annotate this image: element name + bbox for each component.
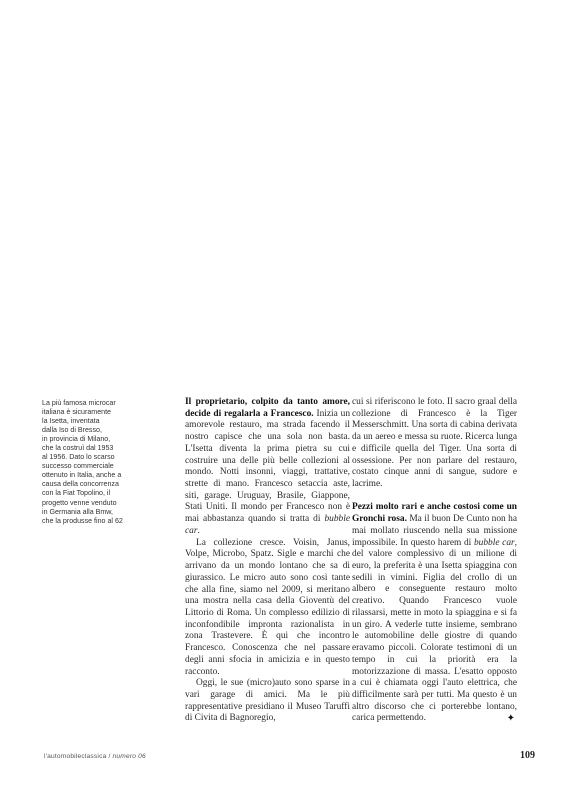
blank-image-area [0, 0, 580, 390]
photo-caption: La più famosa microcar italiana è sicura… [42, 399, 167, 526]
paragraph: cui si riferiscono le foto. Il sacro gra… [352, 397, 517, 491]
page-number: 109 [520, 750, 535, 761]
paragraph: La collezione cresce. Voisin, Janus, Vol… [185, 538, 350, 679]
magazine-page: La più famosa microcar italiana è sicura… [0, 0, 580, 787]
text-column-1: Il proprietario, colpito da tanto amore,… [185, 397, 350, 725]
text-column-2: cui si riferiscono le foto. Il sacro gra… [352, 397, 517, 725]
end-of-article-icon: ✦ [507, 713, 515, 725]
paragraph: Il proprietario, colpito da tanto amore,… [185, 397, 350, 538]
paragraph: Oggi, le sue (micro)auto sono sparse in … [185, 678, 350, 725]
running-footer: l'automobileclassica / numero 06 [44, 753, 146, 760]
paragraph: Pezzi molto rari e anche costosi come un… [352, 502, 517, 725]
